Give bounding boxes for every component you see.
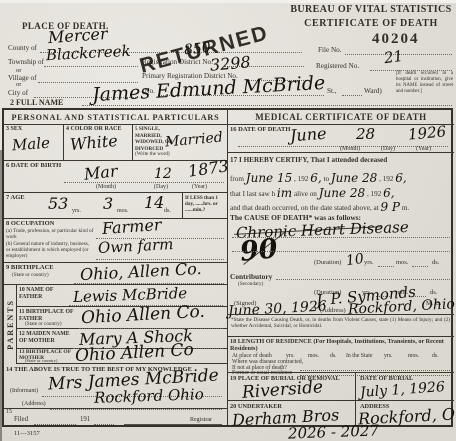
dod-day-caption: (Day) xyxy=(381,146,395,152)
township-label: Township of xyxy=(8,58,44,66)
in-state-label: In the State xyxy=(346,353,372,359)
burial-place-value: Riverside xyxy=(242,379,324,402)
occurred-label: and that death occurred, on the date sta… xyxy=(230,204,379,212)
occupation-a-value: Farmer xyxy=(102,217,162,237)
certify-line-3: that I last saw h im alive on June 28 , … xyxy=(230,186,395,198)
occupation-label: 8 OCCUPATION xyxy=(6,220,54,227)
row-burial: 19 PLACE OF BURIAL OR REMOVAL Riverside … xyxy=(228,373,454,401)
row-age: 7 AGE 53 yrs. 3 mos. 14 ds. If LESS than… xyxy=(4,193,227,219)
mother-birthplace-value: Ohio Allen Co xyxy=(75,342,195,365)
filed-label: Filed xyxy=(14,416,28,423)
street-st-label: St., xyxy=(327,87,337,95)
in-state-ds: ds. xyxy=(432,353,439,359)
cause-footnote: *State the Disease Causing Death, or, in… xyxy=(231,317,450,329)
age-less-cell: If LESS than 1 day, ......hrs. or ......… xyxy=(182,193,227,219)
age-yrs-caption: yrs. xyxy=(72,208,81,214)
row-informant: 14 THE ABOVE IS TRUE TO THE BEST OF MY K… xyxy=(4,364,227,409)
year-stub-a: , 192 xyxy=(294,175,308,183)
cause-dur-blank-2 xyxy=(412,259,428,267)
marital-cell: 5 SINGLE, MARRIED, WIDOWED, OR DIVORCED … xyxy=(133,125,227,161)
city-label: City of xyxy=(8,89,28,97)
reference-number-note: 2026 - 2027 xyxy=(288,423,379,441)
personal-section-title: PERSONAL AND STATISTICAL PARTICULARS xyxy=(4,110,227,125)
informant-address-caption: (Address) xyxy=(22,401,46,407)
dod-label: 16 DATE OF DEATH xyxy=(230,126,290,133)
signed-address-caption: (Address) xyxy=(320,307,346,314)
contributory-sub-label: (Secondary) xyxy=(238,281,263,287)
dob-year-caption: (Year) xyxy=(192,184,207,190)
birthplace-sub-label: (State or country) xyxy=(12,272,49,278)
filed-number: 15 xyxy=(6,409,12,415)
certify-line-2: from June 15 , 192 6, to June 28 , 192 6… xyxy=(230,171,407,183)
age-ds-caption: ds. xyxy=(164,208,171,214)
color-race-value: White xyxy=(69,133,118,153)
father-name-value: Lewis McBride xyxy=(73,286,188,305)
saw-label: that I last saw h xyxy=(230,190,275,198)
age-mos-caption: mos. xyxy=(117,208,129,214)
medical-section: MEDICAL CERTIFICATE OF DEATH 16 DATE OF … xyxy=(227,110,453,425)
bureau-header: BUREAU OF VITAL STATISTICS CERTIFICATE O… xyxy=(288,4,454,29)
undertaker-cell: 20 UNDERTAKER Derham Bros xyxy=(228,401,356,425)
full-name-label: 2 FULL NAME xyxy=(10,98,63,107)
contrib-ds-caption: ds. xyxy=(430,289,437,296)
contributory-label: Contributory xyxy=(230,272,272,281)
from-year-digit: 6, xyxy=(310,172,321,184)
row-father-birthplace: 11 BIRTHPLACE OF FATHER (State or countr… xyxy=(17,307,227,329)
village-label: Village of xyxy=(8,74,37,82)
form-number: 11—3157 xyxy=(14,430,40,437)
father-name-label: 10 NAME OF FATHER xyxy=(19,287,65,301)
certify-line-1: 17 I HEREBY CERTIFY, That I attended dec… xyxy=(230,156,387,164)
file-no-label: File No. xyxy=(318,46,342,54)
marital-sub-label: (Write the word) xyxy=(135,151,170,157)
scan-edge-line xyxy=(0,150,2,441)
row-date-of-death: 16 DATE OF DEATH June 28 1926 (Month) (D… xyxy=(228,125,454,153)
residence-title: 18 LENGTH OF RESIDENCE (For Hospitals, I… xyxy=(230,338,450,352)
medical-section-title: MEDICAL CERTIFICATE OF DEATH xyxy=(228,110,454,125)
registered-no-blank xyxy=(370,62,452,71)
sex-label: 3 SEX xyxy=(6,126,22,132)
county-label: County of xyxy=(8,44,37,52)
to-label: to xyxy=(323,175,329,183)
occupation-b-value: Own farm xyxy=(98,237,174,256)
dob-day-value: 12 xyxy=(154,167,172,181)
file-no-value: 40204 xyxy=(372,31,420,48)
filed-blank-1 xyxy=(34,416,76,425)
row-birthplace: 9 BIRTHPLACE (State or country) Ohio, Al… xyxy=(4,263,227,285)
row-mother-birthplace: 13 BIRTHPLACE OF MOTHER (State or countr… xyxy=(17,349,227,364)
age-less-note: If LESS than 1 day, ......hrs. or ......… xyxy=(185,195,225,214)
bureau-title: BUREAU OF VITAL STATISTICS xyxy=(288,4,454,15)
in-state-yrs: yrs. xyxy=(384,353,393,359)
death-certificate-scan: BUREAU OF VITAL STATISTICS CERTIFICATE O… xyxy=(0,0,456,441)
year-stub-c: , 192 xyxy=(367,190,381,198)
row-residence: 18 LENGTH OF RESIDENCE (For Hospitals, I… xyxy=(228,337,454,373)
footnote-block: *State the Disease Causing Death, or, in… xyxy=(228,314,454,337)
registered-no-label: Registered No. xyxy=(316,62,359,70)
alive-label: alive on xyxy=(294,190,317,198)
at-place-mos: mos. xyxy=(308,353,319,359)
occupation-a-label: (a) Trade, profession, or particular kin… xyxy=(6,228,94,240)
ward-label: Ward) xyxy=(364,87,382,95)
or-label-2: or xyxy=(16,81,21,88)
cause-dur-blank-1 xyxy=(378,259,394,267)
parents-strip: PARENTS xyxy=(4,285,17,364)
cause-mos-caption: mos. xyxy=(396,259,408,266)
row-occupation: 8 OCCUPATION (a) Trade, profession, or p… xyxy=(4,219,227,263)
father-birthplace-sub: (State or country) xyxy=(25,321,62,327)
burial-date-cell: DATE OF BURIAL July 1, 1926 xyxy=(356,373,454,401)
cause-blank-2 xyxy=(232,245,450,252)
township-value: Blackcreek xyxy=(46,44,131,63)
dob-day-caption: (Day) xyxy=(154,184,168,190)
time-value: 9 P xyxy=(380,201,400,213)
filed-year-stub: 191 xyxy=(80,416,90,423)
dod-year-caption: (Year) xyxy=(416,146,431,152)
m-label: m. xyxy=(402,204,409,212)
mother-name-label: 12 MAIDEN NAME OF MOTHER xyxy=(19,331,71,345)
certify-block: 17 I HEREBY CERTIFY, That I attended dec… xyxy=(228,153,454,307)
occupation-b-label: (b) General nature of industry, business… xyxy=(6,241,94,260)
cause-ds-caption: ds. xyxy=(432,259,439,266)
hospital-note: [If death occurred in a hospital or inst… xyxy=(396,71,453,95)
dob-month-value: Mar xyxy=(83,163,118,182)
in-state-mos: mos. xyxy=(408,353,419,359)
to-value: June 28 xyxy=(331,172,377,184)
personal-section: PERSONAL AND STATISTICAL PARTICULARS 3 S… xyxy=(4,110,227,425)
row-date-of-birth: 6 DATE OF BIRTH Mar 12 1873 (Month) (Day… xyxy=(4,161,227,193)
age-label: 7 AGE xyxy=(6,194,25,201)
from-label: from xyxy=(230,175,244,183)
cause-duration-value: 10 xyxy=(345,252,365,268)
year-stub-b: , 192 xyxy=(379,175,393,183)
contributory-blank xyxy=(276,272,450,280)
color-race-cell: 4 COLOR OR RACE White xyxy=(64,125,133,161)
to-year-digit: 6, xyxy=(395,172,406,184)
from-value: June 15 xyxy=(246,172,292,184)
ward-blank xyxy=(342,87,362,96)
alive-value: June 28 xyxy=(319,187,365,199)
dod-month-caption: (Month) xyxy=(340,146,360,152)
registered-no-value: 21 xyxy=(383,49,404,67)
marital-value: Married xyxy=(164,131,223,150)
dod-day-value: 28 xyxy=(356,127,375,142)
filed-blank-2 xyxy=(94,416,114,425)
row-filed: 15 Filed 191 Registrar xyxy=(4,409,227,425)
scan-top-edge xyxy=(0,0,456,3)
row-sex-color-marital: 3 SEX Male 4 COLOR OR RACE White 5 SINGL… xyxy=(4,125,227,161)
cause-yrs-caption: yrs. xyxy=(364,259,374,266)
saw-hand-value: im xyxy=(277,187,292,199)
dod-year-value: 1926 xyxy=(407,124,446,142)
burial-place-cell: 19 PLACE OF BURIAL OR REMOVAL Riverside xyxy=(228,373,356,401)
alive-year-digit: 6, xyxy=(383,187,394,199)
informant-address-value: Rockford Ohio xyxy=(94,387,204,406)
burial-date-value: July 1, 1926 xyxy=(360,380,446,400)
dod-month-value: June xyxy=(289,126,327,145)
row-undertaker: 20 UNDERTAKER Derham Bros ADDRESS Rockfo… xyxy=(228,401,454,425)
dob-month-caption: (Month) xyxy=(96,184,116,190)
certificate-title: CERTIFICATE OF DEATH xyxy=(288,18,454,29)
sex-value: Male xyxy=(12,136,51,154)
informant-caption: (Informant) xyxy=(10,388,38,394)
mother-birthplace-sub: (State or country) xyxy=(25,358,57,364)
birthplace-label: 9 BIRTHPLACE xyxy=(6,264,54,271)
or-label-1: or xyxy=(16,67,21,74)
age-days-value: 14 xyxy=(144,195,164,211)
registrar-label: Registrar xyxy=(190,417,212,423)
parents-label: PARENTS xyxy=(6,299,15,350)
cause-duration-caption: (Duration) xyxy=(314,259,341,266)
age-years-value: 53 xyxy=(48,196,68,212)
dob-label: 6 DATE OF BIRTH xyxy=(6,162,61,169)
age-months-value: 3 xyxy=(103,196,113,212)
sex-cell: 3 SEX Male xyxy=(4,125,64,161)
at-place-ds: ds. xyxy=(330,353,337,359)
certify-line-4: and that death occurred, on the date sta… xyxy=(230,200,409,212)
